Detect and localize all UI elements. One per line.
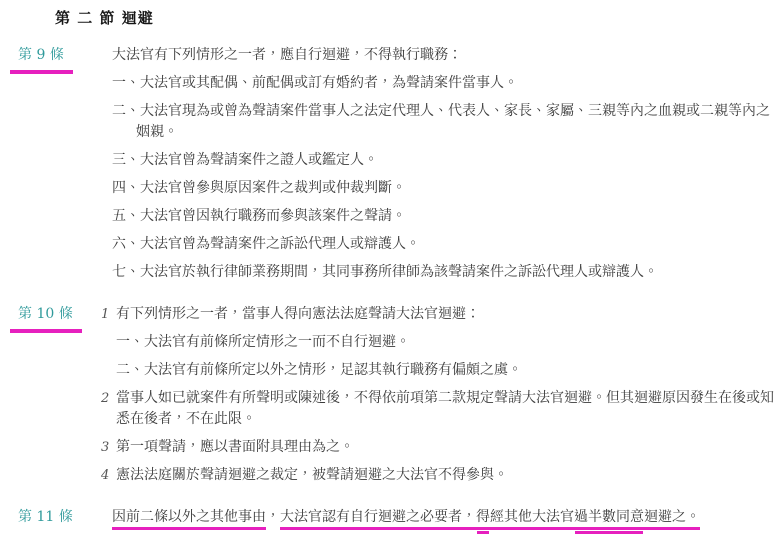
paragraph-number: 4 (101, 465, 116, 486)
article-9-content: 大法官有下列情形之一者，應自行迴避，不得執行職務： 一、大法官或其配偶、前配偶或… (101, 45, 780, 290)
article-11-text-segment: 大法官認有自行迴避之必要者， (280, 509, 476, 525)
paragraph-text: 當事人如已就案件有所聲明或陳述後，不得依前項第二款規定聲請大法官迴避。但其迴避原… (116, 388, 776, 430)
article-10-content: 1 有下列情形之一者，當事人得向憲法法庭聲請大法官迴避： 一、大法官有前條所定情… (101, 304, 780, 493)
paragraph-text: 憲法法庭關於聲請迴避之裁定，被聲請迴避之大法官不得參與。 (116, 465, 776, 486)
article-11-content: 因前二條以外之其他事由，大法官認有自行迴避之必要者，得經其他大法官過半數同意迴避… (101, 507, 780, 535)
article-11-text: 因前二條以外之其他事由，大法官認有自行迴避之必要者，得經其他大法官過半數同意迴避… (112, 507, 776, 528)
article-10-paragraph-2: 2 當事人如已就案件有所聲明或陳述後，不得依前項第二款規定聲請大法官迴避。但其迴… (101, 388, 776, 430)
article-9-label-column: 第 9 條 (0, 45, 101, 290)
paragraph-text: 有下列情形之一者，當事人得向憲法法庭聲請大法官迴避： (116, 304, 776, 325)
article-10-item-1: 一、大法官有前條所定情形之一而不自行迴避。 (116, 332, 776, 353)
article-10-number-link[interactable]: 第 10 條 (10, 304, 82, 333)
article-9-item-7: 七、大法官於執行律師業務期間，其同事務所律師為該聲請案件之訴訟代理人或辯護人。 (112, 262, 776, 283)
highlight-annotation: 因前二條以外之其他事由 (112, 509, 266, 530)
article-9-item-4: 四、大法官曾參與原因案件之裁判或仲裁判斷。 (112, 178, 776, 199)
double-highlight-annotation: 過半數同意 (574, 509, 644, 525)
article-10-item-2: 二、大法官有前條所定以外之情形，足認其執行職務有偏頗之虞。 (116, 360, 776, 381)
article-11: 第 11 條 因前二條以外之其他事由，大法官認有自行迴避之必要者，得經其他大法官… (0, 507, 780, 535)
article-11-text-segment: ， (266, 509, 280, 525)
article-10: 第 10 條 1 有下列情形之一者，當事人得向憲法法庭聲請大法官迴避： 一、大法… (0, 304, 780, 493)
paragraph-number: 3 (101, 437, 116, 458)
article-11-text-segment: 經其他大法官 (490, 509, 574, 525)
law-document-page: 第 二 節 迴避 第 9 條 大法官有下列情形之一者，應自行迴避，不得執行職務：… (0, 7, 780, 535)
article-9-item-6: 六、大法官曾為聲請案件之訴訟代理人或辯護人。 (112, 234, 776, 255)
article-9-item-1: 一、大法官或其配偶、前配偶或訂有婚約者，為聲請案件當事人。 (112, 73, 776, 94)
article-10-paragraph-1: 1 有下列情形之一者，當事人得向憲法法庭聲請大法官迴避： (101, 304, 776, 325)
highlight-annotation: 大法官認有自行迴避之必要者，得經其他大法官過半數同意迴避之。 (280, 509, 700, 530)
article-11-number-link[interactable]: 第 11 條 (18, 507, 73, 528)
paragraph-text: 第一項聲請，應以書面附具理由為之。 (116, 437, 776, 458)
article-9-intro: 大法官有下列情形之一者，應自行迴避，不得執行職務： (112, 45, 776, 66)
article-10-paragraph-3: 3 第一項聲請，應以書面附具理由為之。 (101, 437, 776, 458)
article-10-label-column: 第 10 條 (0, 304, 101, 493)
section-title: 第 二 節 迴避 (55, 7, 780, 28)
paragraph-number: 1 (101, 304, 116, 325)
article-11-text-segment: 迴避之。 (644, 509, 700, 525)
article-9: 第 9 條 大法官有下列情形之一者，應自行迴避，不得執行職務： 一、大法官或其配… (0, 45, 780, 290)
paragraph-number: 2 (101, 388, 116, 430)
article-9-number-link[interactable]: 第 9 條 (10, 45, 73, 74)
article-9-item-2: 二、大法官現為或曾為聲請案件當事人之法定代理人、代表人、家長、家屬、三親等內之血… (112, 101, 776, 143)
article-10-paragraph-4: 4 憲法法庭關於聲請迴避之裁定，被聲請迴避之大法官不得參與。 (101, 465, 776, 486)
article-11-label-column: 第 11 條 (0, 507, 101, 535)
article-9-item-3: 三、大法官曾為聲請案件之證人或鑑定人。 (112, 150, 776, 171)
double-highlight-annotation: 得 (476, 509, 490, 525)
article-9-item-5: 五、大法官曾因執行職務而參與該案件之聲請。 (112, 206, 776, 227)
